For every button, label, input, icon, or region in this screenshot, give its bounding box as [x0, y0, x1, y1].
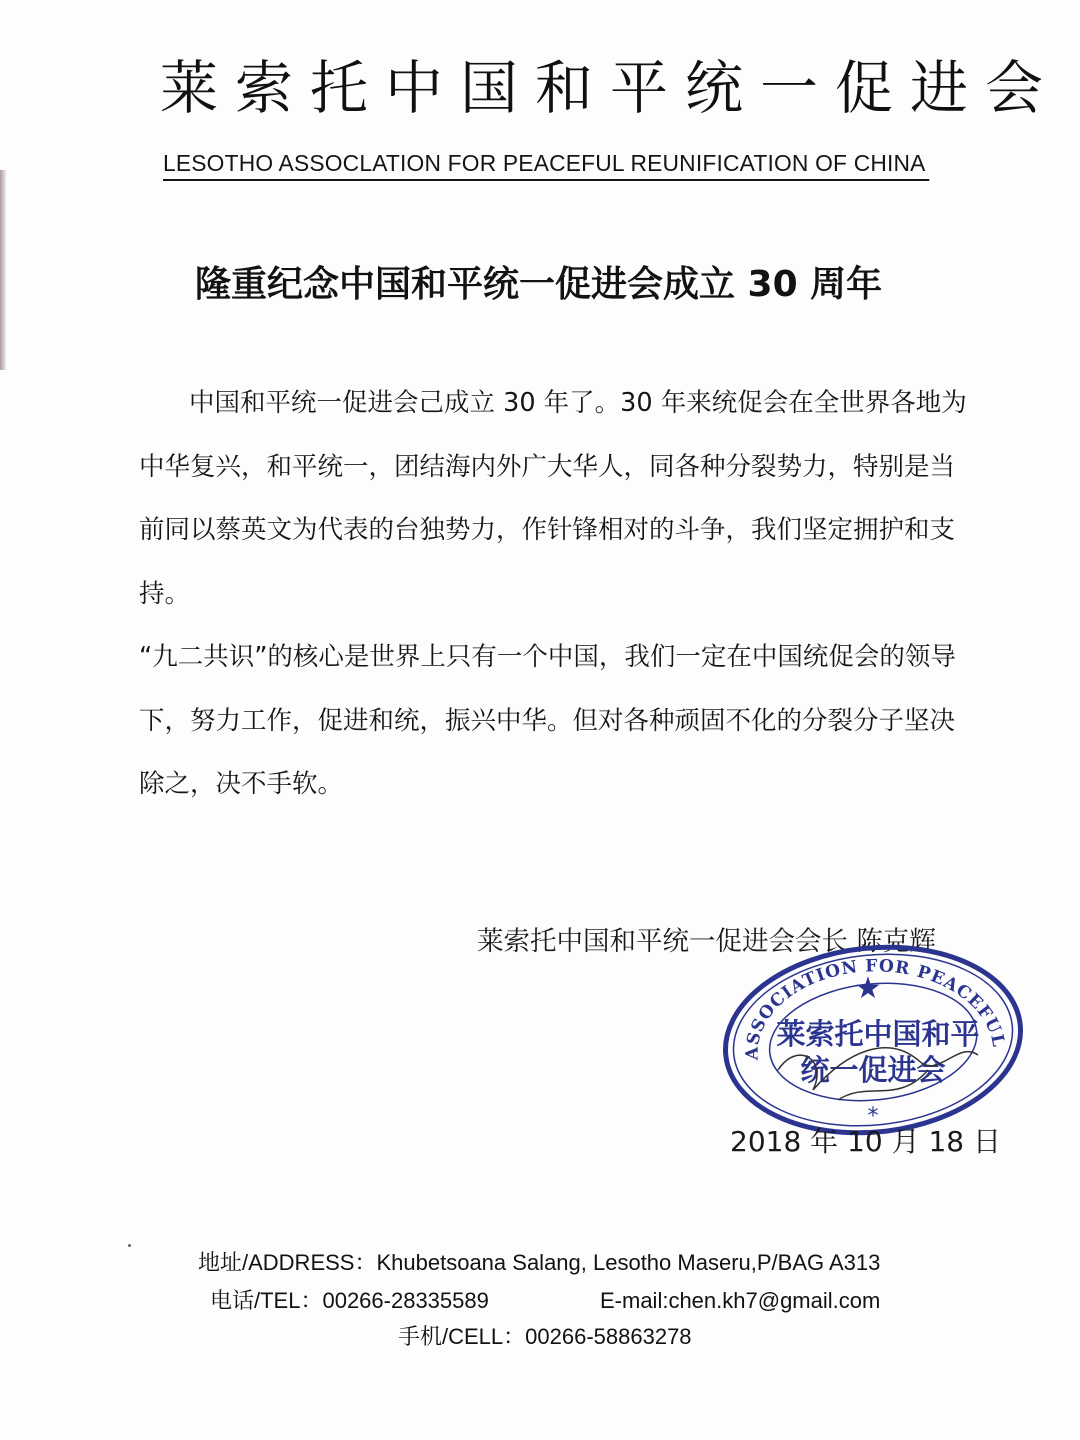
- address-label: 地址/ADDRESS：: [198, 1250, 376, 1275]
- footer-address: 地址/ADDRESS：Khubetsoana Salang, Lesotho M…: [198, 1246, 880, 1280]
- scan-speck: [128, 1244, 131, 1247]
- body-paragraph-1: 中国和平统一促进会己成立 30 年了。30 年来统促会在全世界各地为中华复兴，和…: [139, 372, 969, 626]
- letter-title: 隆重纪念中国和平统一促进会成立 30 周年: [195, 258, 915, 312]
- stamp-center-line-2: 统一促进会: [800, 1053, 945, 1087]
- footer-email: E-mail:chen.kh7@gmail.com: [600, 1284, 880, 1318]
- letter-page: 莱索托中国和平统一促进会 LESOTHO ASSOCLATION FOR PEA…: [0, 0, 1080, 1440]
- footer-cell: 手机/CELL：00266-58863278: [398, 1320, 692, 1354]
- stamp-star-icon: ★: [855, 971, 882, 1006]
- signature-date: 2018 年 10 月 18 日: [730, 1120, 1010, 1164]
- tel-label: 电话/TEL：: [210, 1288, 322, 1313]
- address-value: Khubetsoana Salang, Lesotho Maseru,P/BAG…: [376, 1250, 880, 1275]
- letterhead-org-name-cn: 莱索托中国和平统一促进会: [160, 48, 960, 128]
- tel-value: 00266-28335589: [322, 1288, 488, 1313]
- body-paragraph-2: “九二共识”的核心是世界上只有一个中国，我们一定在中国统促会的领导下，努力工作，…: [139, 626, 969, 817]
- letter-body: 中国和平统一促进会己成立 30 年了。30 年来统促会在全世界各地为中华复兴，和…: [139, 372, 969, 817]
- official-seal-stamp: ASSOCIATION FOR PEACEFUL REUNIFICATION ★…: [718, 940, 1028, 1140]
- letterhead-org-name-en: LESOTHO ASSOCLATION FOR PEACEFUL REUNIFI…: [163, 148, 929, 181]
- scan-edge-shadow: [0, 170, 6, 370]
- cell-label: 手机/CELL：: [398, 1324, 525, 1349]
- stamp-center-line-1: 莱索托中国和平: [776, 1017, 979, 1051]
- footer-tel: 电话/TEL：00266-28335589: [210, 1284, 489, 1318]
- cell-value: 00266-58863278: [525, 1324, 691, 1349]
